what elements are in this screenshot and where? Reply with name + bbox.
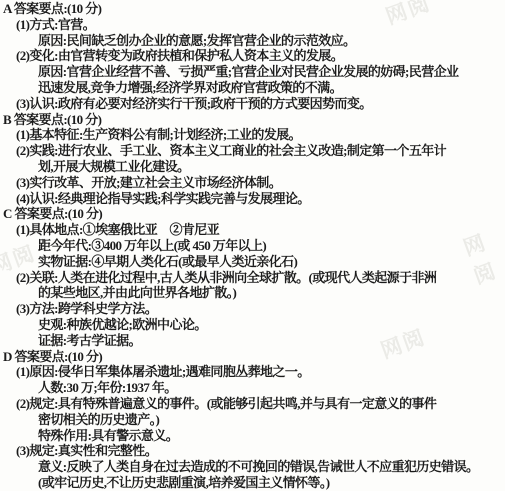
answer-line: (3)认识:政府有必要对经济实行干预;政府干预的方式要因势而变。	[3, 96, 505, 112]
answer-key-content: A 答案要点:(10 分)(1)方式:官营。原因:民间缺乏创办企业的意愿;发挥官…	[3, 1, 505, 491]
answer-line: 原因:民间缺乏创办企业的意愿;发挥官营企业的示范效应。	[3, 33, 505, 49]
answer-line: (4)认识:经典理论指导实践;科学实践完善与发展理论。	[3, 191, 505, 207]
section-heading-D: D 答案要点:(10 分)	[3, 349, 505, 365]
answer-line: 史观:种族优越论;欧洲中心论。	[3, 317, 505, 333]
answer-line: 迅速发展,竞争力增强;经济学界对政府官营政策的不满。	[3, 80, 505, 96]
answer-line: (3)实行改革、开放;建立社会主义市场经济体制。	[3, 175, 505, 191]
answer-line: 划,开展大规模工业化建设。	[3, 159, 505, 175]
answer-line: (3)方法:跨学科史学方法。	[3, 301, 505, 317]
answer-line: (2)实践:进行农业、手工业、资本主义工商业的社会主义改造;制定第一个五年计	[3, 143, 505, 159]
section-heading-B: B 答案要点:(10 分)	[3, 112, 505, 128]
answer-line: (2)规定:具有特殊普遍意义的事件。(或能够引起共鸣,并与具有一定意义的事件	[3, 396, 505, 412]
section-heading-A: A 答案要点:(10 分)	[3, 1, 505, 17]
answer-line: (2)关联:人类在进化过程中,古人类从非洲向全球扩散。(或现代人类起源于非洲	[3, 270, 505, 286]
answer-line: 实物证据:④早期人类化石(或最早人类近亲化石)	[3, 254, 505, 270]
answer-line: (或牢记历史,不让历史悲剧重演,培养爱国主义情怀等。)	[3, 475, 505, 491]
answer-line: (1)基本特征:生产资料公有制;计划经济;工业的发展。	[3, 127, 505, 143]
answer-line: (1)原因:侵华日军集体屠杀遗址;遇难同胞丛葬地之一。	[3, 364, 505, 380]
answer-line: 特殊作用:具有警示意义。	[3, 428, 505, 444]
answer-line: (1)方式:官营。	[3, 17, 505, 33]
document-page: 网阅网阅网阅网阅 A 答案要点:(10 分)(1)方式:官营。原因:民间缺乏创办…	[0, 0, 505, 491]
answer-line: 意义:反映了人类自身在过去造成的不可挽回的错误,告诫世人不应重犯历史错误。	[3, 459, 505, 475]
answer-line: 密切相关的历史遗产。)	[3, 412, 505, 428]
answer-line: (3)规定:真实性和完整性。	[3, 443, 505, 459]
answer-line: 的某些地区,并由此向世界各地扩散。)	[3, 285, 505, 301]
answer-line: (2)变化:由官营转变为政府扶植和保护私人资本主义的发展。	[3, 48, 505, 64]
answer-line: 证据:考古学证据。	[3, 333, 505, 349]
answer-line: (1)具体地点:①埃塞俄比亚 ②肯尼亚	[3, 222, 505, 238]
section-heading-C: C 答案要点:(10 分)	[3, 206, 505, 222]
answer-line: 人数:30 万;年份:1937 年。	[3, 380, 505, 396]
answer-line: 距今年代:③400 万年以上(或 450 万年以上)	[3, 238, 505, 254]
answer-line: 原因:官营企业经营不善、亏损严重;官营企业对民营企业发展的妨碍;民营企业	[3, 64, 505, 80]
